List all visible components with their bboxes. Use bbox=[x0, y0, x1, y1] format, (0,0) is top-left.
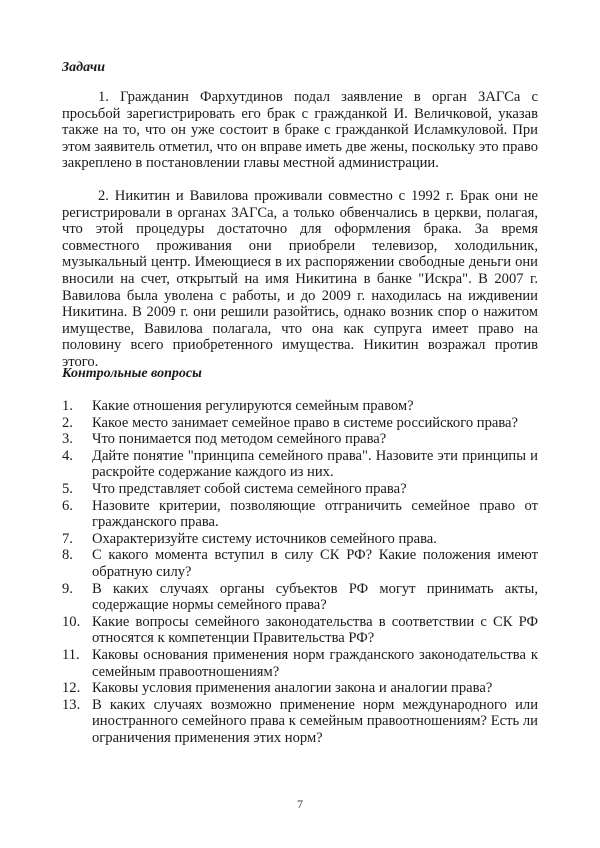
item-number: 10. bbox=[62, 614, 80, 631]
task-paragraph-2: 2. Никитин и Вавилова проживали совместн… bbox=[62, 188, 538, 371]
list-item: 3.Что понимается под методом семейного п… bbox=[62, 431, 538, 448]
list-item: 1.Какие отношения регулируются семейным … bbox=[62, 398, 538, 415]
item-number: 1. bbox=[62, 398, 73, 415]
item-text: Каковы условия применения аналогии закон… bbox=[92, 680, 492, 696]
list-item: 11.Каковы основания применения норм граж… bbox=[62, 647, 538, 680]
tasks-heading: Задачи bbox=[62, 60, 105, 76]
item-number: 11. bbox=[62, 647, 80, 664]
item-number: 2. bbox=[62, 415, 73, 432]
item-number: 9. bbox=[62, 581, 73, 598]
item-text: Охарактеризуйте систему источников семей… bbox=[92, 531, 437, 547]
item-text: Какие отношения регулируются семейным пр… bbox=[92, 398, 414, 414]
item-number: 12. bbox=[62, 680, 80, 697]
item-number: 7. bbox=[62, 531, 73, 548]
item-text: Что понимается под методом семейного пра… bbox=[92, 431, 386, 447]
questions-heading: Контрольные вопросы bbox=[62, 366, 202, 382]
item-number: 6. bbox=[62, 498, 73, 515]
item-number: 4. bbox=[62, 448, 73, 465]
item-text: С какого момента вступил в силу СК РФ? К… bbox=[92, 547, 538, 580]
list-item: 4.Дайте понятие "принципа семейного прав… bbox=[62, 448, 538, 481]
list-item: 2.Какое место занимает семейное право в … bbox=[62, 415, 538, 432]
item-text: Какие вопросы семейного законодательства… bbox=[92, 614, 538, 647]
list-item: 6.Назовите критерии, позволяющие отграни… bbox=[62, 498, 538, 531]
item-text: В каких случаях возможно применение норм… bbox=[92, 697, 538, 746]
item-number: 13. bbox=[62, 697, 80, 714]
page-number: 7 bbox=[0, 797, 600, 812]
questions-list: 1.Какие отношения регулируются семейным … bbox=[62, 398, 538, 746]
item-text: Назовите критерии, позволяющие отграничи… bbox=[92, 498, 538, 531]
list-item: 10.Какие вопросы семейного законодательс… bbox=[62, 614, 538, 647]
item-number: 3. bbox=[62, 431, 73, 448]
item-number: 8. bbox=[62, 547, 73, 564]
item-text: Что представляет собой система семейного… bbox=[92, 481, 407, 497]
item-text: Какое место занимает семейное право в си… bbox=[92, 415, 518, 431]
item-text: Каковы основания применения норм граждан… bbox=[92, 647, 538, 680]
list-item: 9.В каких случаях органы субъектов РФ мо… bbox=[62, 581, 538, 614]
list-item: 5.Что представляет собой система семейно… bbox=[62, 481, 538, 498]
list-item: 7.Охарактеризуйте систему источников сем… bbox=[62, 531, 538, 548]
item-text: Дайте понятие "принципа семейного права"… bbox=[92, 448, 538, 481]
item-number: 5. bbox=[62, 481, 73, 498]
list-item: 13.В каких случаях возможно применение н… bbox=[62, 697, 538, 747]
list-item: 12.Каковы условия применения аналогии за… bbox=[62, 680, 538, 697]
item-text: В каких случаях органы субъектов РФ могу… bbox=[92, 581, 538, 614]
list-item: 8.С какого момента вступил в силу СК РФ?… bbox=[62, 547, 538, 580]
task-paragraph-1: 1. Гражданин Фархутдинов подал заявление… bbox=[62, 89, 538, 172]
